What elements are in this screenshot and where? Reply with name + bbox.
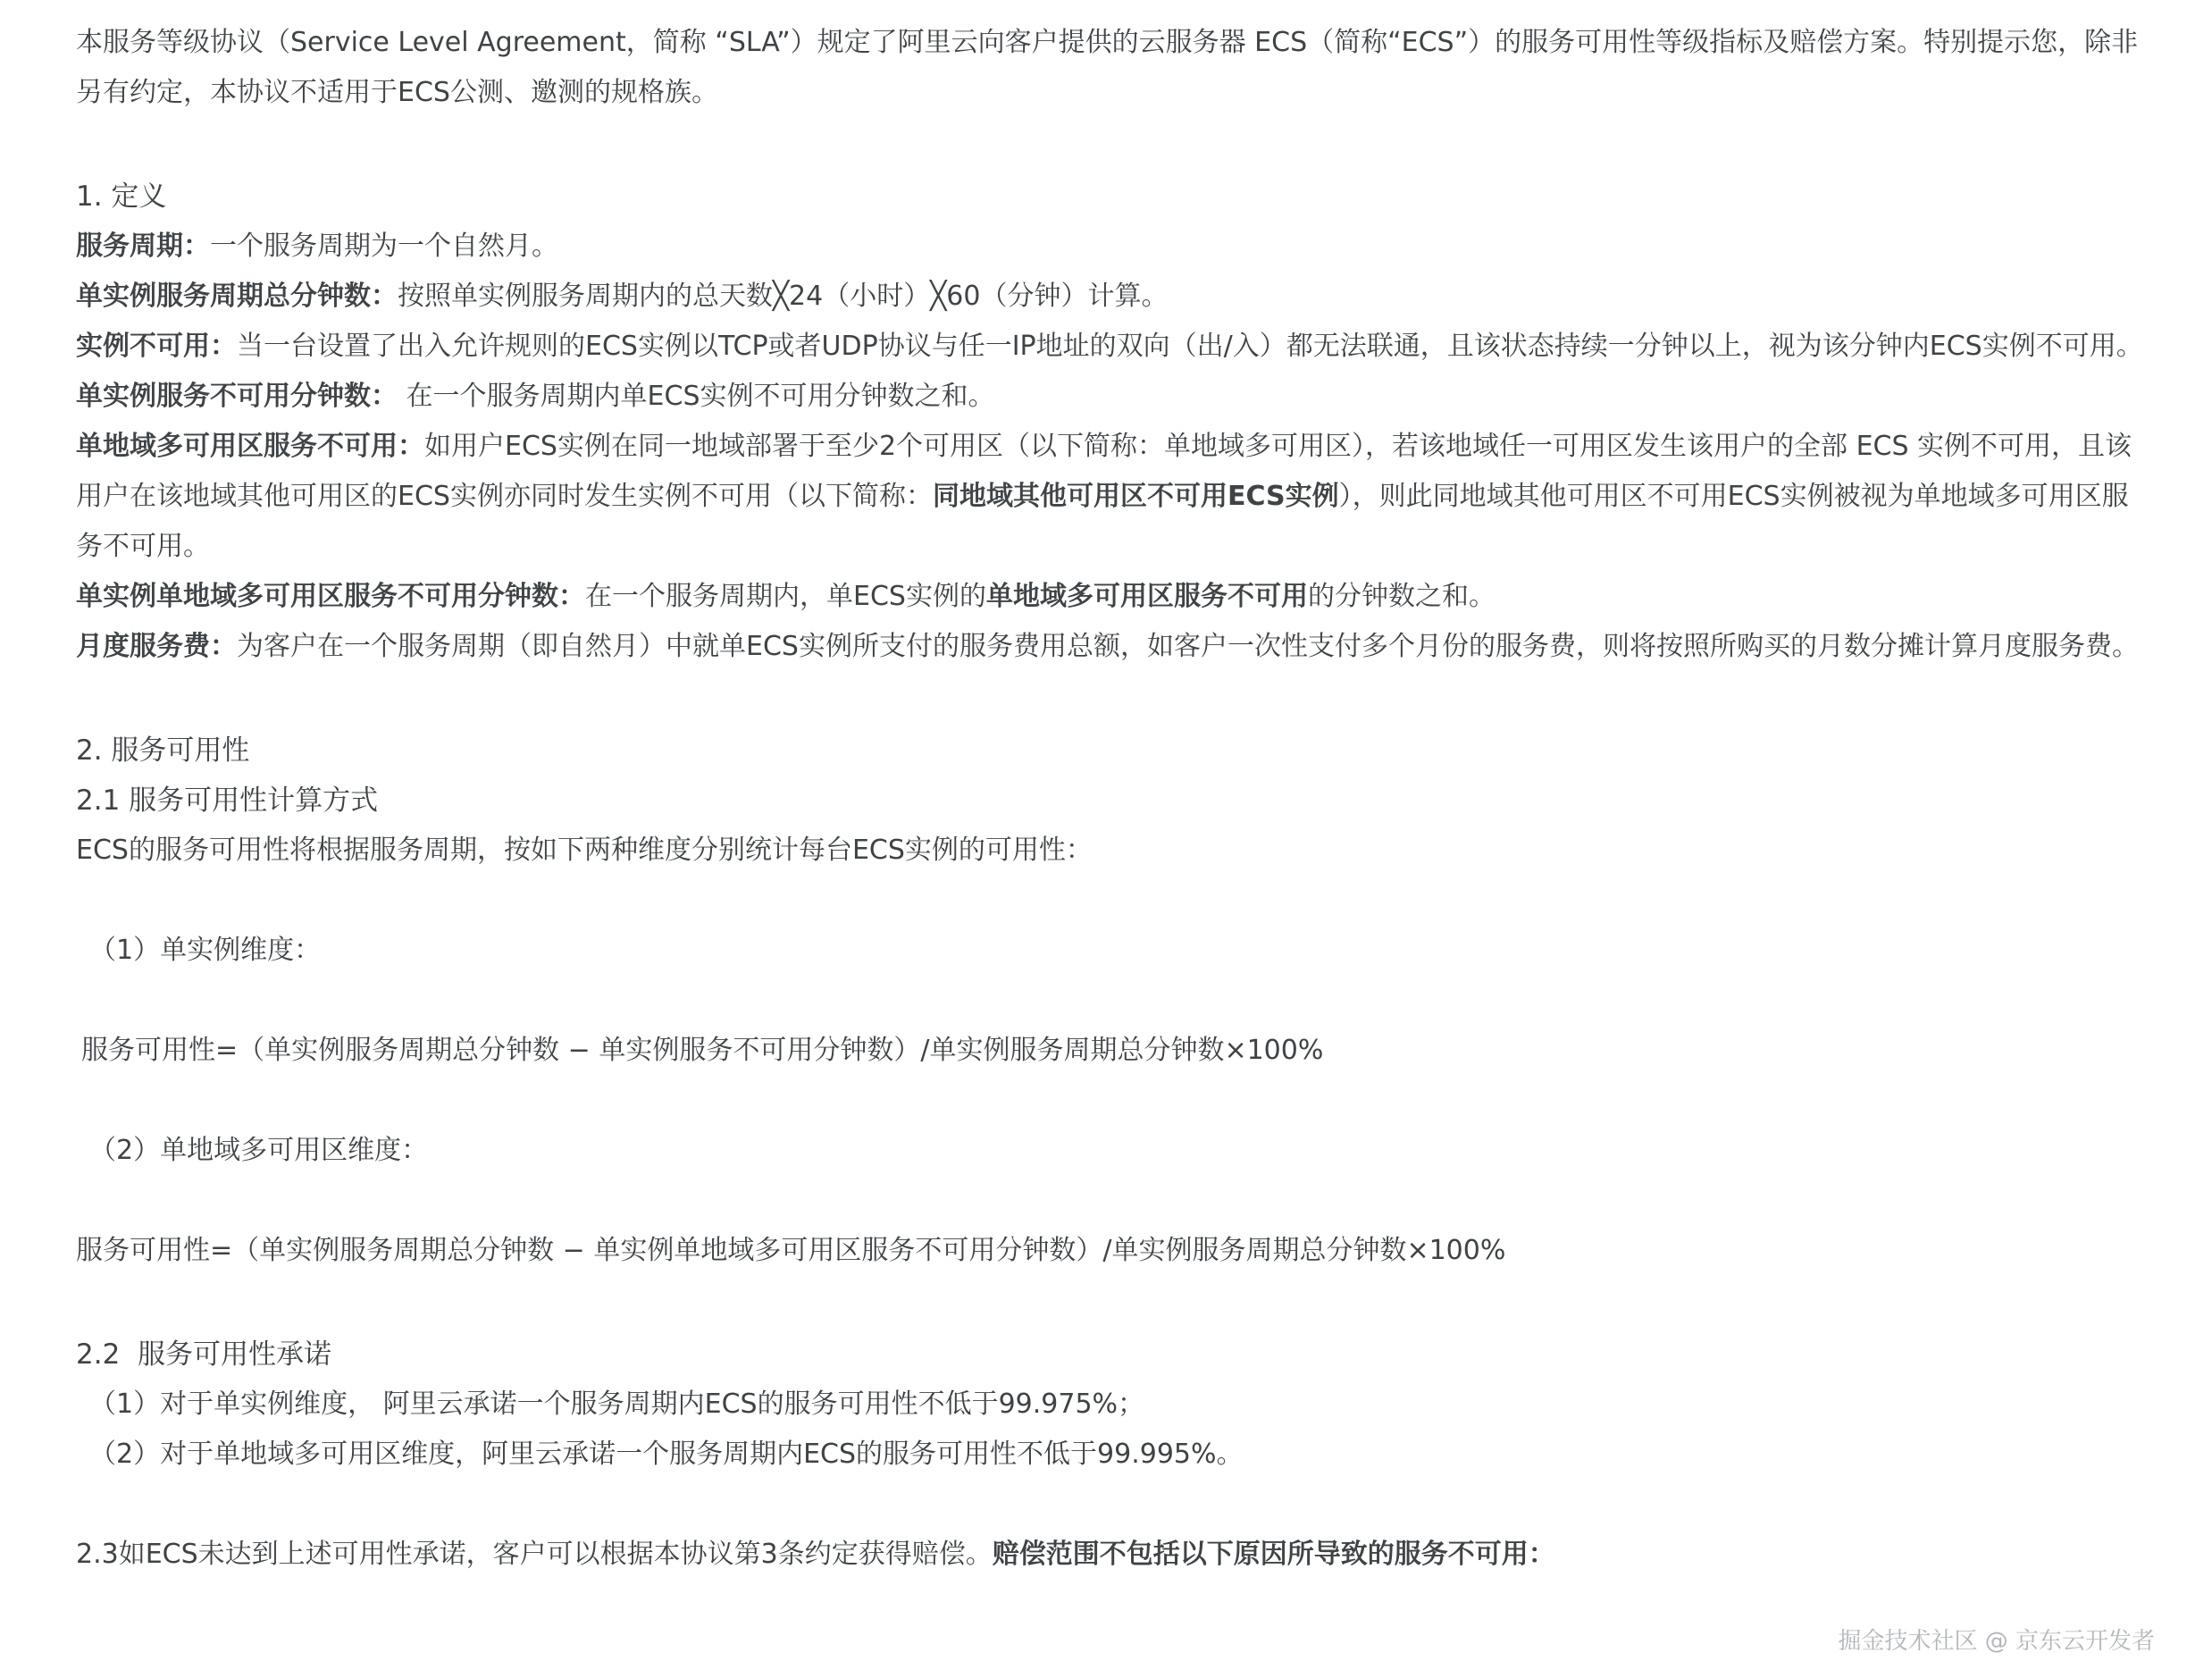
definition-text: 当一台设置了出入允许规则的ECS实例以TCP或者UDP协议与任一IP地址的双向（…	[237, 331, 2143, 362]
definition-label: 实例不可用：	[76, 331, 237, 362]
definition-multi-az-unavailable-minutes: 单实例单地域多可用区服务不可用分钟数：在一个服务周期内，单ECS实例的单地域多可…	[76, 572, 2149, 622]
definition-text: 为客户在一个服务周期（即自然月）中就单ECS实例所支付的服务费用总额，如客户一次…	[237, 631, 2139, 662]
definition-monthly-fee: 月度服务费：为客户在一个服务周期（即自然月）中就单ECS实例所支付的服务费用总额…	[76, 622, 2149, 672]
intro-paragraph: 本服务等级协议（Service Level Agreement，简称 “SLA”…	[76, 18, 2149, 118]
definition-label: 单实例服务不可用分钟数：	[76, 381, 398, 412]
dimension-2-label: （2）单地域多可用区维度：	[76, 1126, 2149, 1176]
definition-label: 单实例服务周期总分钟数：	[76, 281, 398, 312]
sla-document-page: 本服务等级协议（Service Level Agreement，简称 “SLA”…	[0, 0, 2212, 1678]
definition-multi-az-unavailable: 单地域多可用区服务不可用：如用户ECS实例在同一地域部署于至少2个可用区（以下简…	[76, 422, 2149, 572]
commitment-multi-az: （2）对于单地域多可用区维度，阿里云承诺一个服务周期内ECS的服务可用性不低于9…	[76, 1430, 2149, 1480]
availability-calc-intro: ECS的服务可用性将根据服务周期，按如下两种维度分别统计每台ECS实例的可用性：	[76, 826, 2149, 876]
section-2-3-paragraph: 2.3如ECS未达到上述可用性承诺，客户可以根据本协议第3条约定获得赔偿。赔偿范…	[76, 1530, 2149, 1580]
section-1-heading: 1. 定义	[76, 172, 2149, 222]
definition-text: 按照单实例服务周期内的总天数╳24（小时）╳60（分钟）计算。	[398, 281, 1168, 312]
section-2-2-heading: 2.2 服务可用性承诺	[76, 1330, 2149, 1380]
dimension-1-label: （1）单实例维度：	[76, 926, 2149, 976]
definition-service-period: 服务周期：一个服务周期为一个自然月。	[76, 222, 2149, 272]
compensation-text: 2.3如ECS未达到上述可用性承诺，客户可以根据本协议第3条约定获得赔偿。	[76, 1539, 993, 1570]
definition-label: 服务周期：	[76, 231, 210, 262]
definition-label: 单地域多可用区服务不可用：	[76, 431, 424, 462]
section-2-1-heading: 2.1 服务可用性计算方式	[76, 776, 2149, 826]
definition-total-minutes: 单实例服务周期总分钟数：按照单实例服务周期内的总天数╳24（小时）╳60（分钟）…	[76, 272, 2149, 322]
definition-text: 一个服务周期为一个自然月。	[210, 231, 558, 262]
formula-multi-az: 服务可用性=（单实例服务周期总分钟数 − 单实例单地域多可用区服务不可用分钟数）…	[76, 1226, 2149, 1276]
commitment-single-instance: （1）对于单实例维度， 阿里云承诺一个服务周期内ECS的服务可用性不低于99.9…	[76, 1380, 2149, 1430]
definition-label: 单实例单地域多可用区服务不可用分钟数：	[76, 581, 585, 612]
definition-bold-run: 单地域多可用区服务不可用	[986, 581, 1308, 612]
definition-unavailable-minutes: 单实例服务不可用分钟数： 在一个服务周期内单ECS实例不可用分钟数之和。	[76, 372, 2149, 422]
section-2-heading: 2. 服务可用性	[76, 726, 2149, 776]
definition-text: 在一个服务周期内，单ECS实例的	[585, 581, 986, 612]
compensation-bold-run: 赔偿范围不包括以下原因所导致的服务不可用：	[993, 1539, 1555, 1570]
definition-label: 月度服务费：	[76, 631, 237, 662]
formula-single-instance: 服务可用性=（单实例服务周期总分钟数 − 单实例服务不可用分钟数）/单实例服务周…	[76, 1026, 2149, 1076]
definition-bold-run: 同地域其他可用区不可用ECS实例	[933, 481, 1339, 512]
definition-text: 在一个服务周期内单ECS实例不可用分钟数之和。	[398, 381, 994, 412]
definition-instance-unavailable: 实例不可用：当一台设置了出入允许规则的ECS实例以TCP或者UDP协议与任一IP…	[76, 322, 2149, 372]
watermark: 掘金技术社区 @ 京东云开发者	[1838, 1628, 2155, 1655]
